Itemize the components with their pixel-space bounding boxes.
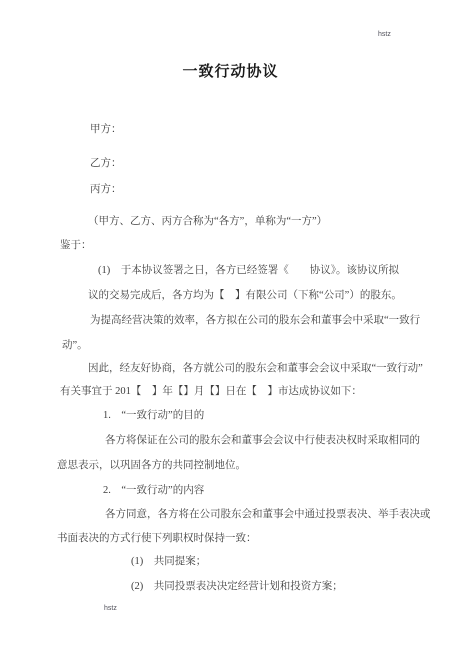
whereas-clause3-line1: 因此，经友好协商，各方就公司的股东会和董事会会议中采取“一致行动” bbox=[88, 362, 423, 375]
section2-heading: 2. “一致行动”的内容 bbox=[103, 484, 204, 497]
parties-note: （甲方、乙方、丙方合称为“各方”，单称为“一方”） bbox=[88, 215, 327, 228]
whereas-clause1-line2: 议的交易完成后，各方均为【 】有限公司（下称“公司”）的股东。 bbox=[88, 289, 402, 302]
document-title: 一致行动协议 bbox=[0, 60, 461, 81]
watermark-bottom-left: hstz bbox=[104, 605, 117, 612]
section2-list-item-1: (1) 共同提案； bbox=[131, 555, 206, 568]
section1-body-line1: 各方将保证在公司的股东会和董事会会议中行使表决权时采取相同的 bbox=[105, 434, 420, 447]
watermark-top-right: hstz bbox=[378, 31, 391, 38]
section2-list-item-2: (2) 共同投票表决决定经营计划和投资方案； bbox=[131, 580, 343, 593]
whereas-clause1-line1: (1) 于本协议签署之日，各方已经签署《 协议》。该协议所拟 bbox=[98, 264, 399, 277]
section1-heading: 1. “一致行动”的目的 bbox=[103, 409, 204, 422]
whereas-clause2-line1: 为提高经营决策的效率，各方拟在公司的股东会和董事会中采取“一致行 bbox=[90, 314, 420, 327]
whereas-clause3-line2: 有关事宜于 201【 】年【】月【】日在【 】市达成协议如下： bbox=[60, 385, 362, 398]
whereas-clause2-line2: 动”。 bbox=[62, 339, 88, 352]
party-a-line: 甲方： bbox=[90, 123, 122, 136]
document-page: hstz 一致行动协议 甲方： 乙方： 丙方： （甲方、乙方、丙方合称为“各方”… bbox=[0, 0, 461, 653]
section2-body-line2: 书面表决的方式行使下列职权时保持一致： bbox=[57, 532, 257, 545]
party-b-line: 乙方： bbox=[90, 157, 122, 170]
whereas-heading: 鉴于： bbox=[60, 239, 92, 252]
party-c-line: 丙方： bbox=[90, 183, 122, 196]
section2-body-line1: 各方同意，各方将在公司股东会和董事会中通过投票表决、举手表决或 bbox=[105, 508, 431, 521]
section1-body-line2: 意思表示，以巩固各方的共同控制地位。 bbox=[57, 459, 246, 472]
